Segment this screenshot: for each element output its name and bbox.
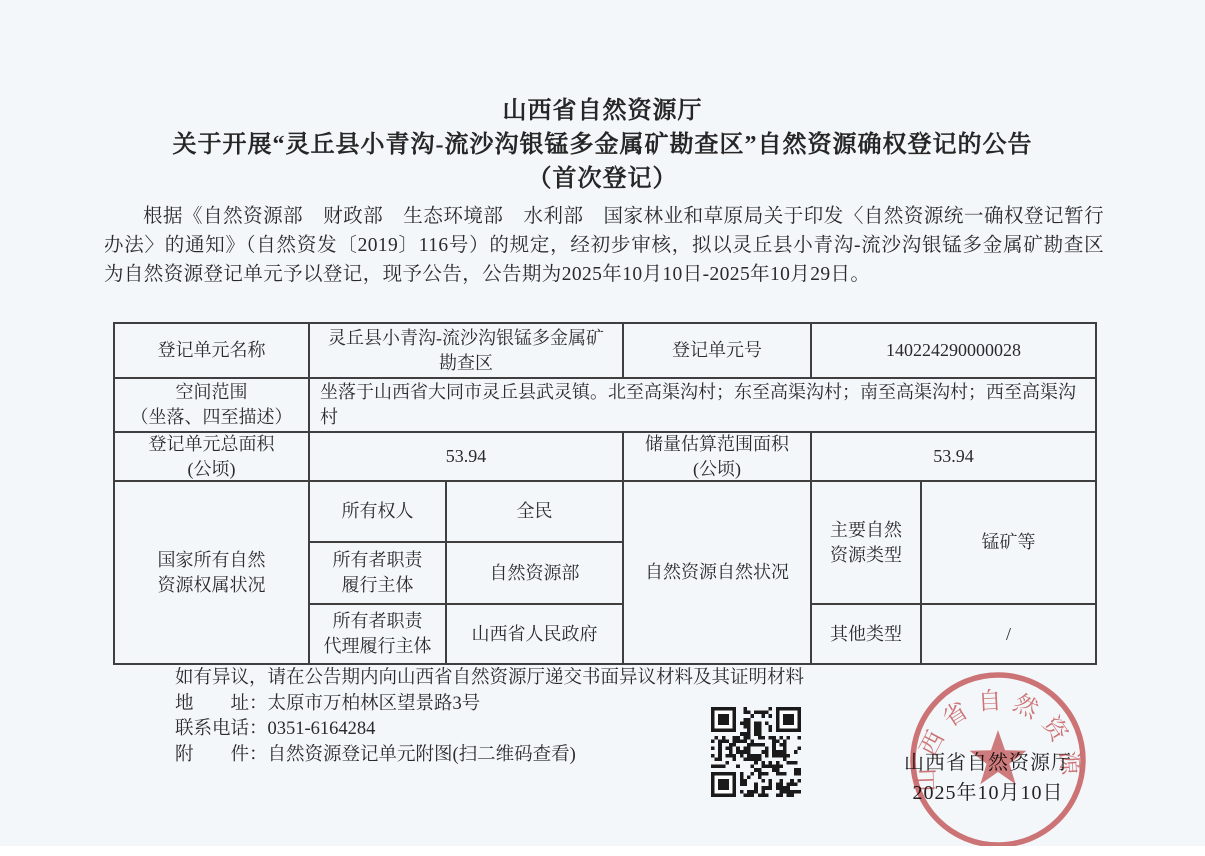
document-org-title: 山西省自然资源厅 [0,90,1205,125]
document-title: 关于开展“灵丘县小青沟-流沙沟银锰多金属矿勘查区”自然资源确权登记的公告 [0,124,1205,159]
cell-total-area-label: 登记单元总面积 (公顷) [115,433,310,482]
cell-duty-label: 所有者职责 履行主体 [310,543,447,605]
cell-main-type-value: 锰矿等 [922,482,1097,605]
document-page: 山西省自然资源厅 关于开展“灵丘县小青沟-流沙沟银锰多金属矿勘查区”自然资源确权… [0,0,1205,856]
document-subtitle: （首次登记） [0,158,1205,193]
cell-duty-value: 自然资源部 [447,543,624,605]
cell-agent-label: 所有者职责 代理履行主体 [310,605,447,665]
cell-unit-name-value: 灵丘县小青沟-流沙沟银锰多金属矿 勘查区 [310,324,624,379]
cell-nature-label: 自然资源自然状况 [624,482,812,665]
cell-reserve-area-label: 储量估算范围面积 (公顷) [624,433,812,482]
scan-bottom-strip [0,846,1205,856]
cell-scope-label: 空间范围 （坐落、四至描述） [115,379,310,433]
announcement-paragraph: 根据《自然资源部 财政部 生态环境部 水利部 国家林业和草原局关于印发〈自然资源… [104,202,1104,289]
cell-ownership-label: 国家所有自然 资源权属状况 [115,482,310,665]
cell-unit-no-value: 140224290000028 [812,324,1097,379]
cell-agent-value: 山西省人民政府 [447,605,624,665]
cell-unit-name-label: 登记单元名称 [115,324,310,379]
signature-org: 山西省自然资源厅 [878,748,1098,778]
cell-main-type-label: 主要自然 资源类型 [812,482,922,605]
signature-date: 2025年10月10日 [878,778,1098,808]
objection-note: 如有异议，请在公告期内向山西省自然资源厅递交书面异议材料及其证明材料 [175,666,875,692]
signature-block: 山西省自然资源厅 2025年10月10日 [878,748,1098,808]
cell-unit-no-label: 登记单元号 [624,324,812,379]
cell-other-type-label: 其他类型 [812,605,922,665]
cell-reserve-area-value: 53.94 [812,433,1097,482]
qr-code [711,707,801,797]
cell-owner-value: 全民 [447,482,624,543]
registration-table: 登记单元名称 灵丘县小青沟-流沙沟银锰多金属矿 勘查区 登记单元号 140224… [113,322,1097,665]
cell-owner-label: 所有权人 [310,482,447,543]
cell-total-area-value: 53.94 [310,433,624,482]
cell-scope-value: 坐落于山西省大同市灵丘县武灵镇。北至高渠沟村；东至高渠沟村；南至高渠沟村；西至高… [310,379,1097,433]
cell-other-type-value: / [922,605,1097,665]
